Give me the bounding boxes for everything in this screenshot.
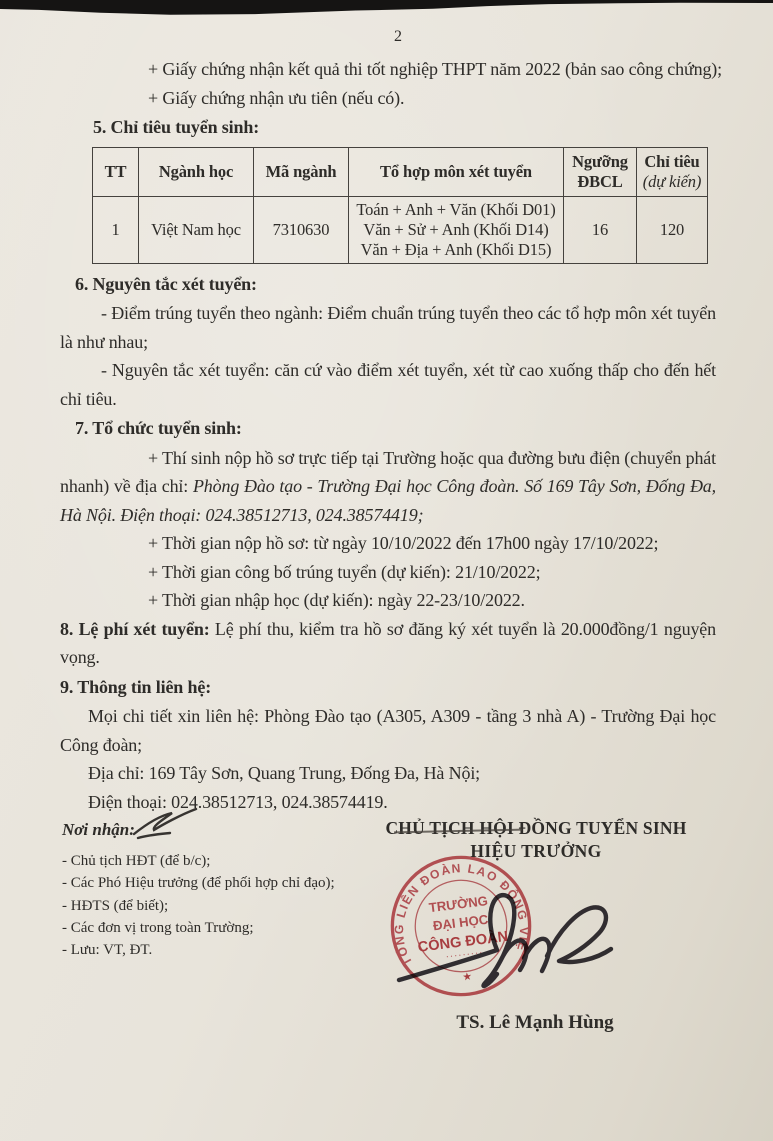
cell-ma-nganh: 7310630 bbox=[254, 196, 349, 263]
to-hop-line: Văn + Sử + Anh (Khối D14) bbox=[353, 220, 559, 240]
column-header-tt: TT bbox=[93, 147, 139, 196]
section6-paragraph-1: - Điểm trúng tuyển theo ngành: Điểm chuẩ… bbox=[60, 299, 716, 356]
recipient-item: - Các đơn vị trong toàn Trường; bbox=[62, 917, 372, 939]
section7-heading: 7. Tổ chức tuyển sinh: bbox=[60, 414, 716, 443]
section7-paragraph-1: + Thí sinh nộp hồ sơ trực tiếp tại Trườn… bbox=[60, 444, 716, 530]
intro-item-2: + Giấy chứng nhận ưu tiên (nếu có). bbox=[60, 84, 716, 113]
section5-heading: 5. Chỉ tiêu tuyển sinh: bbox=[60, 113, 716, 142]
cell-nguong: 16 bbox=[564, 196, 637, 263]
recipients-block: Nơi nhận: - Chủ tịch HĐT (để b/c); - Các… bbox=[62, 820, 372, 961]
header-line: Ngưỡng bbox=[568, 152, 632, 172]
recipient-item: - Chủ tịch HĐT (để b/c); bbox=[62, 850, 372, 872]
intro-item-1: + Giấy chứng nhận kết quả thi tốt nghiệp… bbox=[60, 55, 716, 84]
section9-paragraph-1: Mọi chi tiết xin liên hệ: Phòng Đào tạo … bbox=[60, 702, 716, 759]
admission-quota-table: TT Ngành học Mã ngành Tổ hợp môn xét tuy… bbox=[92, 147, 708, 264]
section6-heading: 6. Nguyên tắc xét tuyển: bbox=[60, 270, 716, 299]
pen-mark bbox=[130, 804, 208, 844]
recipient-item: - Các Phó Hiệu trưởng (để phối hợp chỉ đ… bbox=[62, 872, 372, 894]
column-header-to-hop: Tổ hợp môn xét tuyển bbox=[349, 147, 564, 196]
cell-tt: 1 bbox=[93, 196, 139, 263]
cell-nganh-hoc: Việt Nam học bbox=[139, 196, 254, 263]
to-hop-line: Toán + Anh + Văn (Khối D01) bbox=[353, 200, 559, 220]
section9-paragraph-2: Địa chỉ: 169 Tây Sơn, Quang Trung, Đống … bbox=[60, 759, 716, 788]
section9-heading: 9. Thông tin liên hệ: bbox=[60, 673, 716, 702]
column-header-nguong-dbcl: Ngưỡng ĐBCL bbox=[564, 147, 637, 196]
cell-to-hop: Toán + Anh + Văn (Khối D01) Văn + Sử + A… bbox=[349, 196, 564, 263]
column-header-nganh-hoc: Ngành học bbox=[139, 147, 254, 196]
signature-title-line1: CHỦ TỊCH HỘI ĐỒNG TUYỂN SINH bbox=[360, 818, 712, 839]
table-row: 1 Việt Nam học 7310630 Toán + Anh + Văn … bbox=[93, 196, 708, 263]
section6-paragraph-2: - Nguyên tắc xét tuyển: căn cứ vào điểm … bbox=[60, 356, 716, 413]
recipient-item: - Lưu: VT, ĐT. bbox=[62, 939, 372, 961]
signature-title-block: CHỦ TỊCH HỘI ĐỒNG TUYỂN SINH HIỆU TRƯỞNG bbox=[360, 818, 712, 862]
header-subline: (dự kiến) bbox=[641, 172, 703, 192]
signer-name: TS. Lê Mạnh Hùng bbox=[390, 1012, 680, 1034]
section7-paragraph-2: + Thời gian nộp hồ sơ: từ ngày 10/10/202… bbox=[60, 529, 716, 558]
column-header-chi-tieu: Chỉ tiêu (dự kiến) bbox=[637, 147, 708, 196]
scan-edge-artifact bbox=[0, 0, 773, 16]
section7-paragraph-3: + Thời gian công bố trúng tuyển (dự kiến… bbox=[60, 558, 716, 587]
scanned-document-page: 2 + Giấy chứng nhận kết quả thi tốt nghi… bbox=[0, 0, 773, 1141]
recipients-label: Nơi nhận: bbox=[62, 820, 372, 840]
cell-chi-tieu: 120 bbox=[637, 196, 708, 263]
section8-heading-inline: 8. Lệ phí xét tuyển: bbox=[60, 619, 210, 639]
header-line: ĐBCL bbox=[568, 172, 632, 192]
to-hop-line: Văn + Địa + Anh (Khối D15) bbox=[353, 240, 559, 260]
section8-paragraph: 8. Lệ phí xét tuyển: Lệ phí thu, kiểm tr… bbox=[60, 615, 716, 672]
handwritten-signature bbox=[393, 870, 633, 995]
section7-paragraph-4: + Thời gian nhập học (dự kiến): ngày 22-… bbox=[60, 586, 716, 615]
recipient-item: - HĐTS (để biết); bbox=[62, 895, 372, 917]
column-header-ma-nganh: Mã ngành bbox=[254, 147, 349, 196]
document-body: + Giấy chứng nhận kết quả thi tốt nghiệp… bbox=[60, 55, 716, 816]
page-number: 2 bbox=[0, 28, 773, 46]
recipients-list: - Chủ tịch HĐT (để b/c); - Các Phó Hiệu … bbox=[62, 850, 372, 961]
table-header-row: TT Ngành học Mã ngành Tổ hợp môn xét tuy… bbox=[93, 147, 708, 196]
header-line: Chỉ tiêu bbox=[641, 152, 703, 172]
